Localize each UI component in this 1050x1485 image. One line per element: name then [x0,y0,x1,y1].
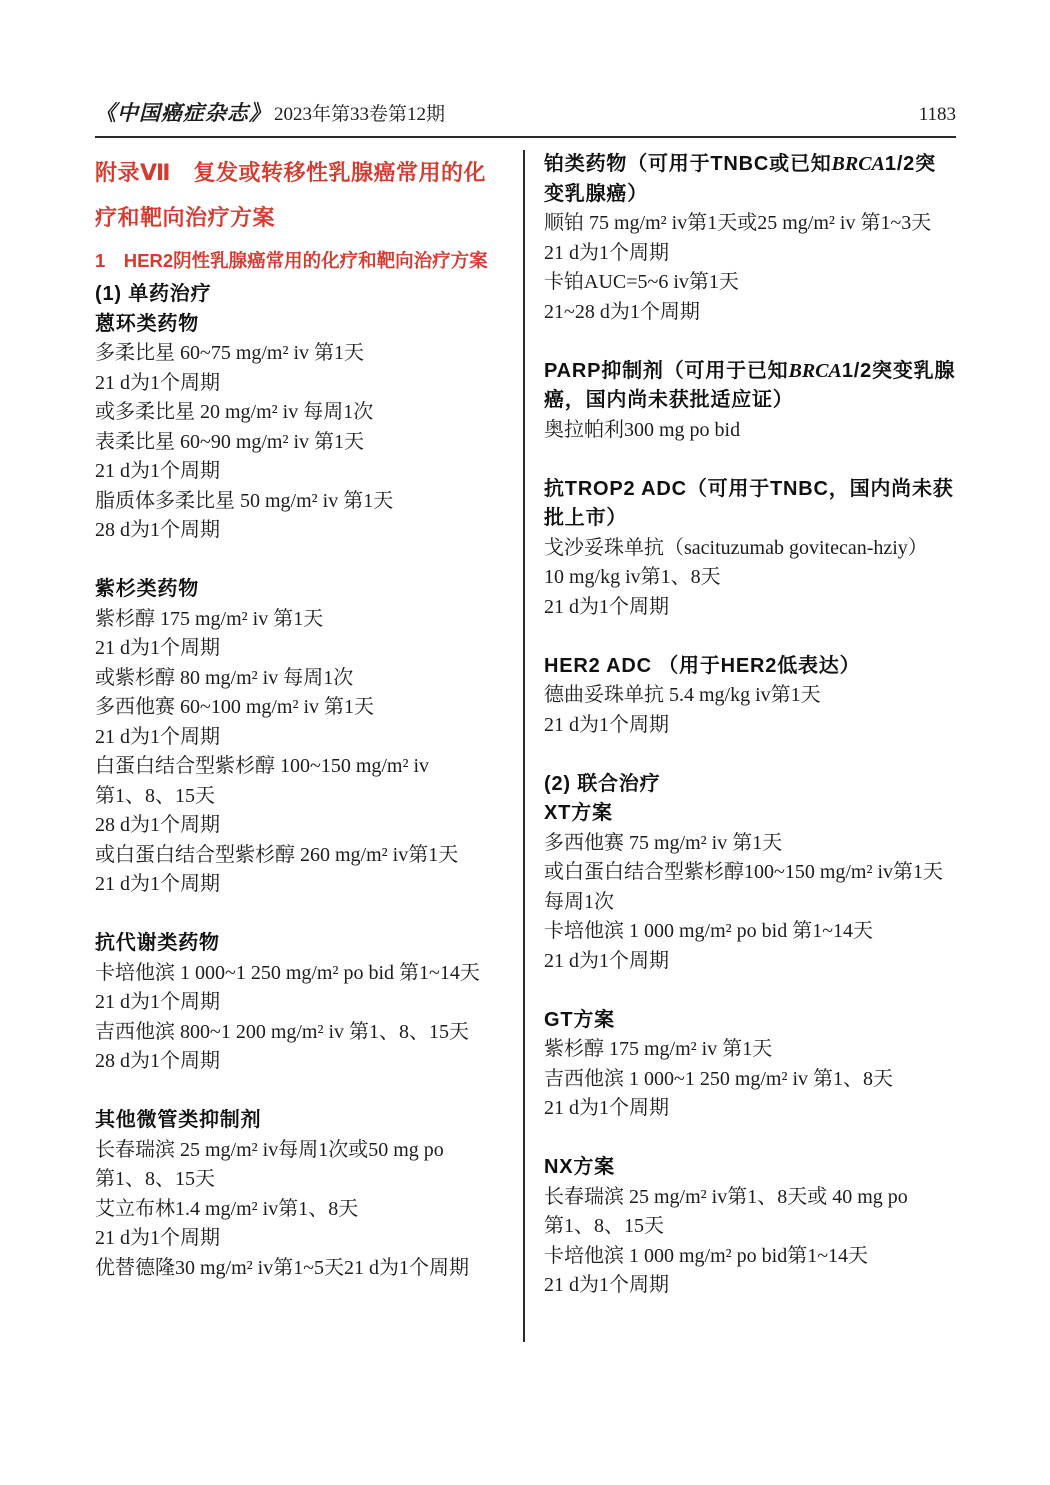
regimen-line: 21 d为1个周期 [544,1271,956,1301]
spacer [544,445,956,475]
regimen-line: 奥拉帕利300 mg po bid [544,416,956,446]
appendix-title: 附录Ⅶ 复发或转移性乳腺癌常用的化疗和靶向治疗方案 [95,150,506,240]
regimen-line: 紫杉醇 175 mg/m² iv 第1天 [95,605,506,635]
regimen-line: 顺铂 75 mg/m² iv第1天或25 mg/m² iv 第1~3天 [544,209,956,239]
regimen-line: 28 d为1个周期 [95,811,506,841]
regimen-line: 多柔比星 60~75 mg/m² iv 第1天 [95,339,506,369]
regimen-line: 多西他赛 60~100 mg/m² iv 第1天 [95,693,506,723]
gene-name-italic: BRCA [788,360,841,382]
regimen-line: 艾立布林1.4 mg/m² iv第1、8天 [95,1195,506,1225]
regimen-line: 戈沙妥珠单抗（sacituzumab govitecan-hziy） [544,534,956,564]
spacer [544,976,956,1006]
regimen-line: 或紫杉醇 80 mg/m² iv 每周1次 [95,664,506,694]
gene-name-italic: BRCA [832,153,885,175]
regimen-line: 紫杉醇 175 mg/m² iv 第1天 [544,1035,956,1065]
subsection-heading: (2) 联合治疗 [544,770,956,800]
journal-issue-info: 2023年第33卷第12期 [274,99,445,126]
subsection-heading: 蒽环类药物 [95,310,506,340]
regimen-line: 脂质体多柔比星 50 mg/m² iv 第1天 [95,487,506,517]
regimen-line: 21 d为1个周期 [95,634,506,664]
spacer [544,740,956,770]
regimen-line: 第1、8、15天 [95,782,506,812]
regimen-line: 卡铂AUC=5~6 iv第1天 [544,268,956,298]
regimen-line: 或白蛋白结合型紫杉醇100~150 mg/m² iv第1天 [544,858,956,888]
regimen-line: 吉西他滨 800~1 200 mg/m² iv 第1、8、15天 [95,1018,506,1048]
subsection-heading: PARP抑制剂（可用于已知BRCA1/2突变乳腺癌，国内尚未获批适应证） [544,357,956,416]
regimen-line: 28 d为1个周期 [95,516,506,546]
regimen-line: 21 d为1个周期 [95,870,506,900]
journal-header-block: 《中国癌症杂志》 2023年第33卷第12期 [95,97,445,127]
regimen-line: 德曲妥珠单抗 5.4 mg/kg iv第1天 [544,681,956,711]
page-number: 1183 [919,104,956,126]
regimen-line: 卡培他滨 1 000~1 250 mg/m² po bid 第1~14天 [95,959,506,989]
two-column-body: 附录Ⅶ 复发或转移性乳腺癌常用的化疗和靶向治疗方案1 HER2阴性乳腺癌常用的化… [95,150,956,1342]
regimen-line: 长春瑞滨 25 mg/m² iv每周1次或50 mg po [95,1136,506,1166]
regimen-line: 多西他赛 75 mg/m² iv 第1天 [544,829,956,859]
regimen-line: 21 d为1个周期 [544,947,956,977]
regimen-line: 21 d为1个周期 [95,369,506,399]
subsection-heading: 抗代谢类药物 [95,929,506,959]
regimen-line: 吉西他滨 1 000~1 250 mg/m² iv 第1、8天 [544,1065,956,1095]
spacer [95,546,506,576]
column-divider [523,150,525,1342]
regimen-line: 卡培他滨 1 000 mg/m² po bid第1~14天 [544,1242,956,1272]
regimen-line: 长春瑞滨 25 mg/m² iv第1、8天或 40 mg po [544,1183,956,1213]
regimen-line: 21 d为1个周期 [95,1224,506,1254]
subsection-heading: 紫杉类药物 [95,575,506,605]
regimen-line: 或多柔比星 20 mg/m² iv 每周1次 [95,398,506,428]
spacer [544,622,956,652]
regimen-line: 21 d为1个周期 [95,723,506,753]
regimen-line: 第1、8、15天 [95,1165,506,1195]
regimen-line: 10 mg/kg iv第1、8天 [544,563,956,593]
subsection-heading: HER2 ADC （用于HER2低表达） [544,652,956,682]
regimen-line: 21 d为1个周期 [95,988,506,1018]
left-column: 附录Ⅶ 复发或转移性乳腺癌常用的化疗和靶向治疗方案1 HER2阴性乳腺癌常用的化… [95,150,506,1283]
spacer [544,1124,956,1154]
spacer [95,900,506,930]
regimen-line: 或白蛋白结合型紫杉醇 260 mg/m² iv第1天 [95,841,506,871]
subsection-heading: 铂类药物（可用于TNBC或已知BRCA1/2突变乳腺癌） [544,150,956,209]
heading-text: 铂类药物（可用于TNBC或已知 [544,153,832,175]
spacer [95,1077,506,1107]
page-header: 《中国癌症杂志》 2023年第33卷第12期 1183 [95,97,956,127]
spacer [544,327,956,357]
right-column: 铂类药物（可用于TNBC或已知BRCA1/2突变乳腺癌）顺铂 75 mg/m² … [544,150,956,1301]
regimen-line: 21 d为1个周期 [544,239,956,269]
heading-text: PARP抑制剂（可用于已知 [544,360,788,382]
regimen-line: 每周1次 [544,888,956,918]
regimen-line: 优替德隆30 mg/m² iv第1~5天21 d为1个周期 [95,1254,506,1284]
regimen-line: 表柔比星 60~90 mg/m² iv 第1天 [95,428,506,458]
regimen-line: 21 d为1个周期 [544,1094,956,1124]
regimen-line: 第1、8、15天 [544,1212,956,1242]
regimen-line: 白蛋白结合型紫杉醇 100~150 mg/m² iv [95,752,506,782]
journal-name: 《中国癌症杂志》 [95,97,271,127]
subsection-heading: GT方案 [544,1006,956,1036]
section-heading: 1 HER2阴性乳腺癌常用的化疗和靶向治疗方案 [95,244,506,277]
header-rule [95,136,956,138]
journal-page: 《中国癌症杂志》 2023年第33卷第12期 1183 附录Ⅶ 复发或转移性乳腺… [0,0,1050,1485]
regimen-line: 21 d为1个周期 [544,593,956,623]
subsection-heading: 抗TROP2 ADC（可用于TNBC，国内尚未获批上市） [544,475,956,534]
subsection-heading: XT方案 [544,799,956,829]
regimen-line: 21 d为1个周期 [95,457,506,487]
regimen-line: 28 d为1个周期 [95,1047,506,1077]
subsection-heading: 其他微管类抑制剂 [95,1106,506,1136]
subsection-heading: NX方案 [544,1153,956,1183]
regimen-line: 21~28 d为1个周期 [544,298,956,328]
regimen-line: 卡培他滨 1 000 mg/m² po bid 第1~14天 [544,917,956,947]
subsection-heading: (1) 单药治疗 [95,280,506,310]
regimen-line: 21 d为1个周期 [544,711,956,741]
